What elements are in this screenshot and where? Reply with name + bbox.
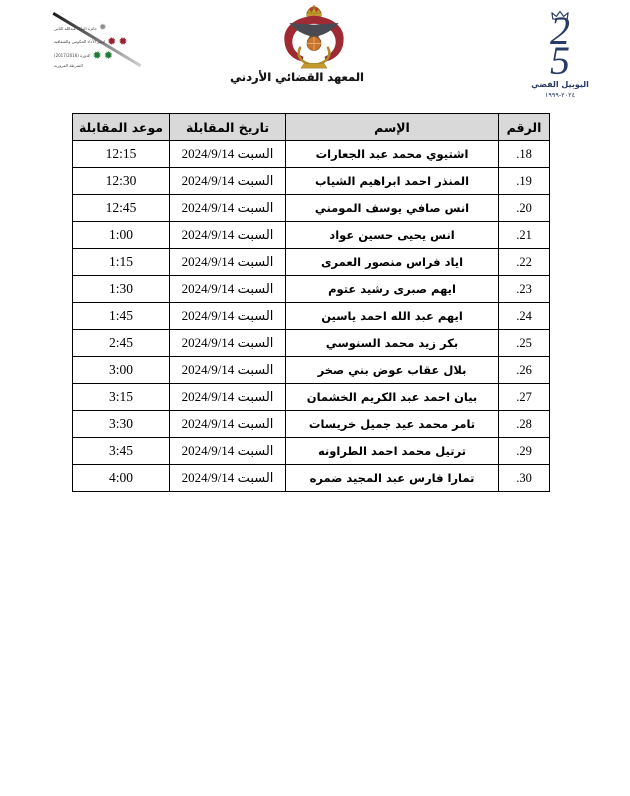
candidate-name: تمارا فارس عبد المجيد ضمره bbox=[286, 465, 499, 492]
row-number: 30. bbox=[499, 465, 550, 492]
table-row: 26.بلال عقاب عوض بني صخرالسبت 2024/9/143… bbox=[73, 357, 550, 384]
interview-date: السبت 2024/9/14 bbox=[170, 411, 286, 438]
jubilee-years: ٢٠٢٤-١٩٩٩ bbox=[528, 91, 592, 99]
seven-pointed-star-icon: ✹ bbox=[104, 50, 113, 61]
award-text-1: جائزة الملك عبدالله الثاني bbox=[54, 27, 97, 31]
candidate-name: انس يحيى حسين عواد bbox=[286, 222, 499, 249]
interview-time: 3:45 bbox=[73, 438, 170, 465]
jordan-coat-of-arms-icon bbox=[272, 5, 356, 69]
table-row: 28.تامر محمد عيد جميل خريساتالسبت 2024/9… bbox=[73, 411, 550, 438]
interview-time: 2:45 bbox=[73, 330, 170, 357]
row-number: 25. bbox=[499, 330, 550, 357]
interview-date: السبت 2024/9/14 bbox=[170, 330, 286, 357]
candidate-name: اشتيوي محمد عبد الجعارات bbox=[286, 141, 499, 168]
interview-date: السبت 2024/9/14 bbox=[170, 465, 286, 492]
row-number: 20. bbox=[499, 195, 550, 222]
table-row: 18.اشتيوي محمد عبد الجعاراتالسبت 2024/9/… bbox=[73, 141, 550, 168]
header-number: الرقم bbox=[499, 114, 550, 141]
table-row: 27.بيان احمد عبد الكريم الخشمانالسبت 202… bbox=[73, 384, 550, 411]
interview-date: السبت 2024/9/14 bbox=[170, 168, 286, 195]
header-interview-date: تاريخ المقابلة bbox=[170, 114, 286, 141]
jubilee-number-5: 5 bbox=[528, 45, 592, 77]
interview-date: السبت 2024/9/14 bbox=[170, 438, 286, 465]
header-interview-time: موعد المقابلة bbox=[73, 114, 170, 141]
candidate-name: المنذر احمد ابراهيم الشياب bbox=[286, 168, 499, 195]
table-row: 30.تمارا فارس عبد المجيد ضمرهالسبت 2024/… bbox=[73, 465, 550, 492]
table-row: 23.ايهم صبرى رشيد عتومالسبت 2024/9/141:3… bbox=[73, 276, 550, 303]
schedule-table-container: الرقم الإسم تاريخ المقابلة موعد المقابلة… bbox=[72, 113, 550, 492]
interview-date: السبت 2024/9/14 bbox=[170, 222, 286, 249]
row-number: 24. bbox=[499, 303, 550, 330]
interview-date: السبت 2024/9/14 bbox=[170, 141, 286, 168]
award-line-3: الدورة (2017/2016) ✹ ✹ bbox=[54, 50, 113, 61]
row-number: 22. bbox=[499, 249, 550, 276]
interview-date: السبت 2024/9/14 bbox=[170, 276, 286, 303]
candidate-name: ايهم صبرى رشيد عتوم bbox=[286, 276, 499, 303]
candidate-name: بلال عقاب عوض بني صخر bbox=[286, 357, 499, 384]
candidate-name: ايهم عبد الله احمد ياسين bbox=[286, 303, 499, 330]
award-text-4: الشرطة المرورية bbox=[54, 64, 83, 68]
interview-time: 12:15 bbox=[73, 141, 170, 168]
candidate-name: ترتيل محمد احمد الطراونه bbox=[286, 438, 499, 465]
interview-date: السبت 2024/9/14 bbox=[170, 357, 286, 384]
interview-time: 1:45 bbox=[73, 303, 170, 330]
interview-date: السبت 2024/9/14 bbox=[170, 249, 286, 276]
award-line-2: لتميز الأداء الحكومي والشفافية ✹ ✹ bbox=[54, 36, 128, 47]
institute-name: المعهد القضائي الأردني bbox=[264, 70, 364, 84]
row-number: 28. bbox=[499, 411, 550, 438]
row-number: 21. bbox=[499, 222, 550, 249]
candidate-name: اياد فراس منصور العمرى bbox=[286, 249, 499, 276]
seven-pointed-star-icon: ✹ bbox=[93, 50, 102, 61]
table-row: 22.اياد فراس منصور العمرىالسبت 2024/9/14… bbox=[73, 249, 550, 276]
schedule-table: الرقم الإسم تاريخ المقابلة موعد المقابلة… bbox=[72, 113, 550, 492]
jubilee-label: اليوبيل الفضي bbox=[528, 80, 592, 89]
header-name: الإسم bbox=[286, 114, 499, 141]
award-line-1: جائزة الملك عبدالله الثاني ✹ bbox=[54, 24, 107, 33]
interview-time: 12:45 bbox=[73, 195, 170, 222]
interview-time: 4:00 bbox=[73, 465, 170, 492]
candidate-name: بيان احمد عبد الكريم الخشمان bbox=[286, 384, 499, 411]
award-line-4: الشرطة المرورية bbox=[54, 64, 83, 68]
seven-pointed-star-icon: ✹ bbox=[107, 36, 116, 47]
table-row: 25.بكر زيد محمد السنوسيالسبت 2024/9/142:… bbox=[73, 330, 550, 357]
coat-of-arms-block: المعهد القضائي الأردني bbox=[264, 5, 364, 84]
interview-time: 3:30 bbox=[73, 411, 170, 438]
award-text-2: لتميز الأداء الحكومي والشفافية bbox=[54, 40, 105, 44]
interview-time: 3:15 bbox=[73, 384, 170, 411]
interview-date: السبت 2024/9/14 bbox=[170, 303, 286, 330]
interview-time: 1:15 bbox=[73, 249, 170, 276]
table-header-row: الرقم الإسم تاريخ المقابلة موعد المقابلة bbox=[73, 114, 550, 141]
row-number: 23. bbox=[499, 276, 550, 303]
row-number: 29. bbox=[499, 438, 550, 465]
interview-time: 1:00 bbox=[73, 222, 170, 249]
interview-time: 3:00 bbox=[73, 357, 170, 384]
candidate-name: بكر زيد محمد السنوسي bbox=[286, 330, 499, 357]
award-text-3: الدورة (2017/2016) bbox=[54, 54, 91, 58]
candidate-name: تامر محمد عيد جميل خريسات bbox=[286, 411, 499, 438]
schedule-table-body: 18.اشتيوي محمد عبد الجعاراتالسبت 2024/9/… bbox=[73, 141, 550, 492]
interview-time: 12:30 bbox=[73, 168, 170, 195]
table-row: 24.ايهم عبد الله احمد ياسينالسبت 2024/9/… bbox=[73, 303, 550, 330]
jubilee-logo: 2 5 اليوبيل الفضي ٢٠٢٤-١٩٩٩ bbox=[528, 7, 592, 99]
table-row: 29.ترتيل محمد احمد الطراونهالسبت 2024/9/… bbox=[73, 438, 550, 465]
table-row: 21.انس يحيى حسين عوادالسبت 2024/9/141:00 bbox=[73, 222, 550, 249]
row-number: 27. bbox=[499, 384, 550, 411]
row-number: 26. bbox=[499, 357, 550, 384]
table-row: 20.انس صافي يوسف المومنيالسبت 2024/9/141… bbox=[73, 195, 550, 222]
interview-date: السبت 2024/9/14 bbox=[170, 195, 286, 222]
table-row: 19.المنذر احمد ابراهيم الشيابالسبت 2024/… bbox=[73, 168, 550, 195]
interview-date: السبت 2024/9/14 bbox=[170, 384, 286, 411]
interview-time: 1:30 bbox=[73, 276, 170, 303]
seven-pointed-star-icon: ✹ bbox=[99, 24, 107, 33]
award-logo: جائزة الملك عبدالله الثاني ✹ لتميز الأدا… bbox=[52, 12, 148, 74]
seven-pointed-star-icon: ✹ bbox=[118, 36, 127, 47]
row-number: 18. bbox=[499, 141, 550, 168]
candidate-name: انس صافي يوسف المومني bbox=[286, 195, 499, 222]
row-number: 19. bbox=[499, 168, 550, 195]
